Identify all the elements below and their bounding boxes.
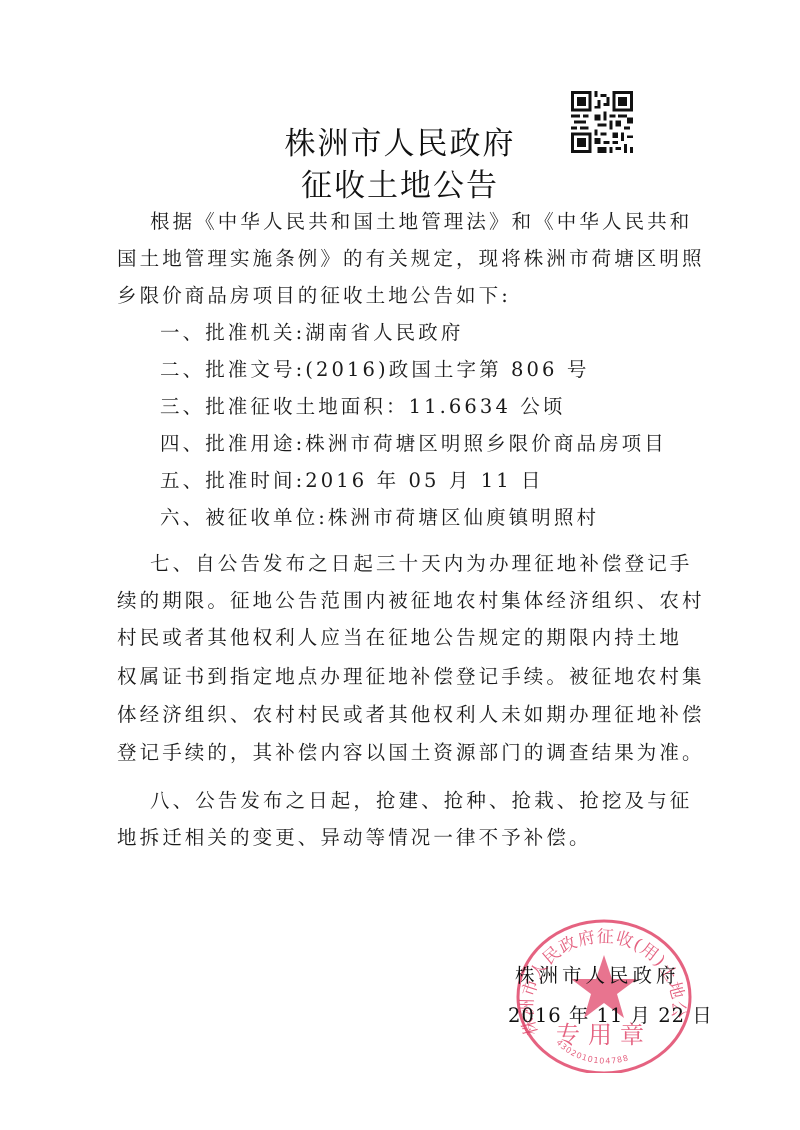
- item-7-line: 权属证书到指定地点办理征地补偿登记手续。被征地农村集: [117, 661, 705, 689]
- item-label: 批准文号:: [205, 358, 305, 381]
- item-number: 一、: [160, 321, 205, 344]
- item-number: 四、: [160, 432, 205, 455]
- signature-organization: 株洲市人民政府: [515, 960, 680, 988]
- item-number: 三、: [160, 395, 205, 418]
- item-value: (2016)政国土字第 806 号: [305, 358, 589, 381]
- qr-code-icon: [571, 91, 633, 153]
- item-label: 批准征收土地面积：: [205, 395, 408, 418]
- item-number: 二、: [160, 358, 205, 381]
- item-label: 批准机关:: [205, 321, 305, 344]
- preamble-line: 根据《中华人民共和国土地管理法》和《中华人民共和: [150, 206, 692, 234]
- item-value: 11.6634 公顷: [409, 395, 566, 418]
- item-7-line: 登记手续的，其补偿内容以国土资源部门的调查结果为准。: [117, 737, 705, 765]
- preamble-line: 国土地管理实施条例》的有关规定，现将株洲市荷塘区明照: [117, 243, 705, 271]
- item-approval-document-number: 二、批准文号:(2016)政国土字第 806 号: [160, 354, 589, 382]
- item-value: 2016 年 05 月 11 日: [305, 469, 543, 492]
- item-number: 五、: [160, 469, 205, 492]
- item-value: 株洲市荷塘区仙庾镇明照村: [328, 506, 599, 529]
- item-approved-use: 四、批准用途:株洲市荷塘区明照乡限价商品房项目: [160, 428, 667, 456]
- item-7-line: 续的期限。征地公告范围内被征地农村集体经济组织、农村: [117, 585, 705, 613]
- item-8-line: 八、公告发布之日起，抢建、抢种、抢栽、抢挖及与征: [150, 785, 692, 813]
- item-label: 批准用途:: [205, 432, 305, 455]
- signature-date: 2016 年 11 月 22 日: [508, 1000, 713, 1028]
- item-label: 被征收单位:: [205, 506, 328, 529]
- item-7-line: 体经济组织、农村村民或者其他权利人未如期办理征地补偿: [117, 699, 705, 727]
- preamble-line: 乡限价商品房项目的征收土地公告如下:: [117, 280, 511, 308]
- item-expropriated-unit: 六、被征收单位:株洲市荷塘区仙庾镇明照村: [160, 502, 599, 530]
- item-7-line: 村民或者其他权利人应当在征地公告规定的期限内持土地: [117, 622, 682, 650]
- item-number: 六、: [160, 506, 205, 529]
- official-seal-stamp: 株洲市人民政府征收(用)土地公告 专用章 4302010104788: [508, 915, 698, 1073]
- item-approval-date: 五、批准时间:2016 年 05 月 11 日: [160, 465, 544, 493]
- item-label: 批准时间:: [205, 469, 305, 492]
- item-8-line: 地拆迁相关的变更、异动等情况一律不予补偿。: [117, 822, 592, 850]
- item-approved-area: 三、批准征收土地面积：11.6634 公顷: [160, 391, 565, 419]
- item-value: 株洲市荷塘区明照乡限价商品房项目: [305, 432, 667, 455]
- notice-page: 株洲市人民政府 征收土地公告 根据《中华人民共和国土地管理法》和《中华人民共和 …: [0, 0, 800, 1130]
- item-approval-authority: 一、批准机关:湖南省人民政府: [160, 317, 463, 345]
- notice-title: 征收土地公告: [0, 160, 800, 205]
- item-value: 湖南省人民政府: [305, 321, 463, 344]
- issuer-title: 株洲市人民政府: [0, 118, 800, 163]
- item-7-line: 七、自公告发布之日起三十天内为办理征地补偿登记手: [150, 548, 692, 576]
